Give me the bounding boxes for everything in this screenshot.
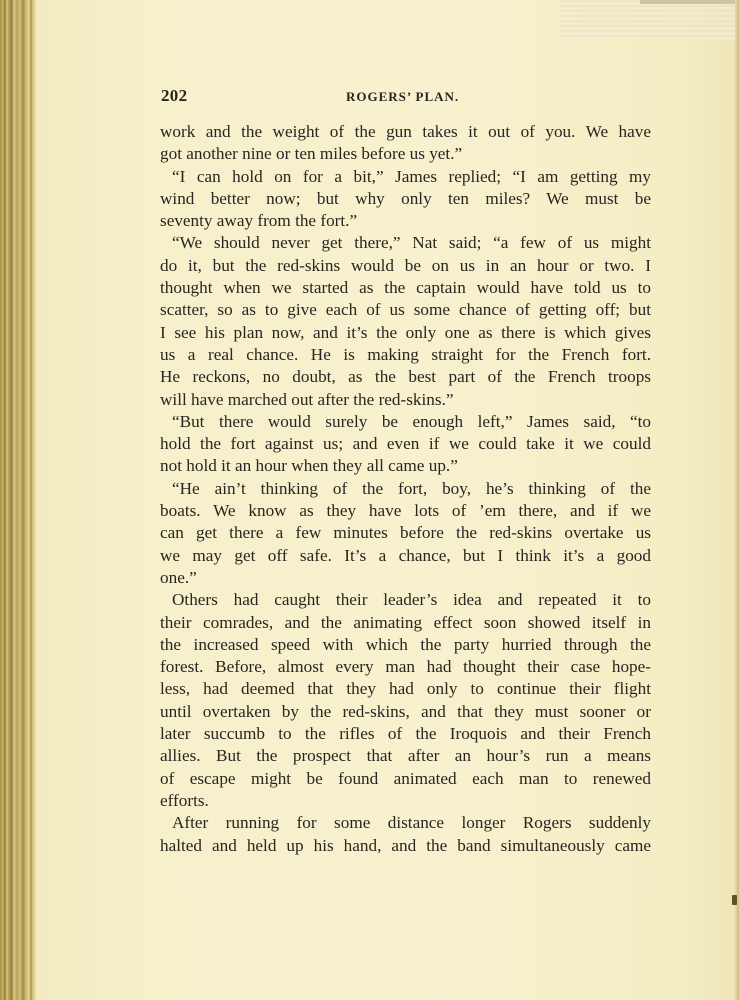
text-line: we may get off safe. It’s a chance, but …	[160, 545, 651, 567]
text-line: us a real chance. He is making straight …	[160, 344, 651, 366]
page-stack-cap	[640, 0, 739, 4]
text-line: After running for some distance longer R…	[160, 812, 651, 834]
page-right-edge	[735, 0, 739, 1000]
page-number: 202	[161, 86, 187, 106]
text-line: thought when we started as the captain w…	[160, 277, 651, 299]
text-line: wind better now; but why only ten miles?…	[160, 188, 651, 210]
body-text: work and the weight of the gun takes it …	[160, 121, 651, 857]
text-line: “We should never get there,” Nat said; “…	[160, 232, 651, 254]
text-line: until overtaken by the red-skins, and th…	[160, 701, 651, 723]
book-spine-gutter	[0, 0, 36, 1000]
text-line: seventy away from the fort.”	[160, 210, 651, 232]
text-line: work and the weight of the gun takes it …	[160, 121, 651, 143]
text-line: later succumb to the rifles of the Iroqu…	[160, 723, 651, 745]
text-line: “But there would surely be enough left,”…	[160, 411, 651, 433]
page-header: 202 ROGERS’ PLAN.	[161, 86, 651, 110]
text-line: boats. We know as they have lots of ’em …	[160, 500, 651, 522]
text-line: halted and held up his hand, and the ban…	[160, 835, 651, 857]
text-line: one.”	[160, 567, 651, 589]
text-line: allies. But the prospect that after an h…	[160, 745, 651, 767]
running-head: ROGERS’ PLAN.	[346, 89, 459, 105]
text-line: forest. Before, almost every man had tho…	[160, 656, 651, 678]
text-line: scatter, so as to give each of us some c…	[160, 299, 651, 321]
text-line: I see his plan now, and it’s the only on…	[160, 322, 651, 344]
text-line: got another nine or ten miles before us …	[160, 143, 651, 165]
text-line: do it, but the red-skins would be on us …	[160, 255, 651, 277]
text-line: of escape might be found animated each m…	[160, 768, 651, 790]
text-line: less, had deemed that they had only to c…	[160, 678, 651, 700]
page-stack-edge	[560, 0, 739, 40]
text-line: Others had caught their leader’s idea an…	[160, 589, 651, 611]
text-line: not hold it an hour when they all came u…	[160, 455, 651, 477]
text-line: hold the fort against us; and even if we…	[160, 433, 651, 455]
text-line: the increased speed with which the party…	[160, 634, 651, 656]
text-line: will have marched out after the red-skin…	[160, 389, 651, 411]
text-line: can get there a few minutes before the r…	[160, 522, 651, 544]
text-line: “He ain’t thinking of the fort, boy, he’…	[160, 478, 651, 500]
text-line: their comrades, and the animating effect…	[160, 612, 651, 634]
book-page: 202 ROGERS’ PLAN. work and the weight of…	[0, 0, 739, 1000]
text-line: He reckons, no doubt, as the best part o…	[160, 366, 651, 388]
text-line: efforts.	[160, 790, 651, 812]
text-line: “I can hold on for a bit,” James replied…	[160, 166, 651, 188]
edge-mark	[732, 895, 737, 905]
